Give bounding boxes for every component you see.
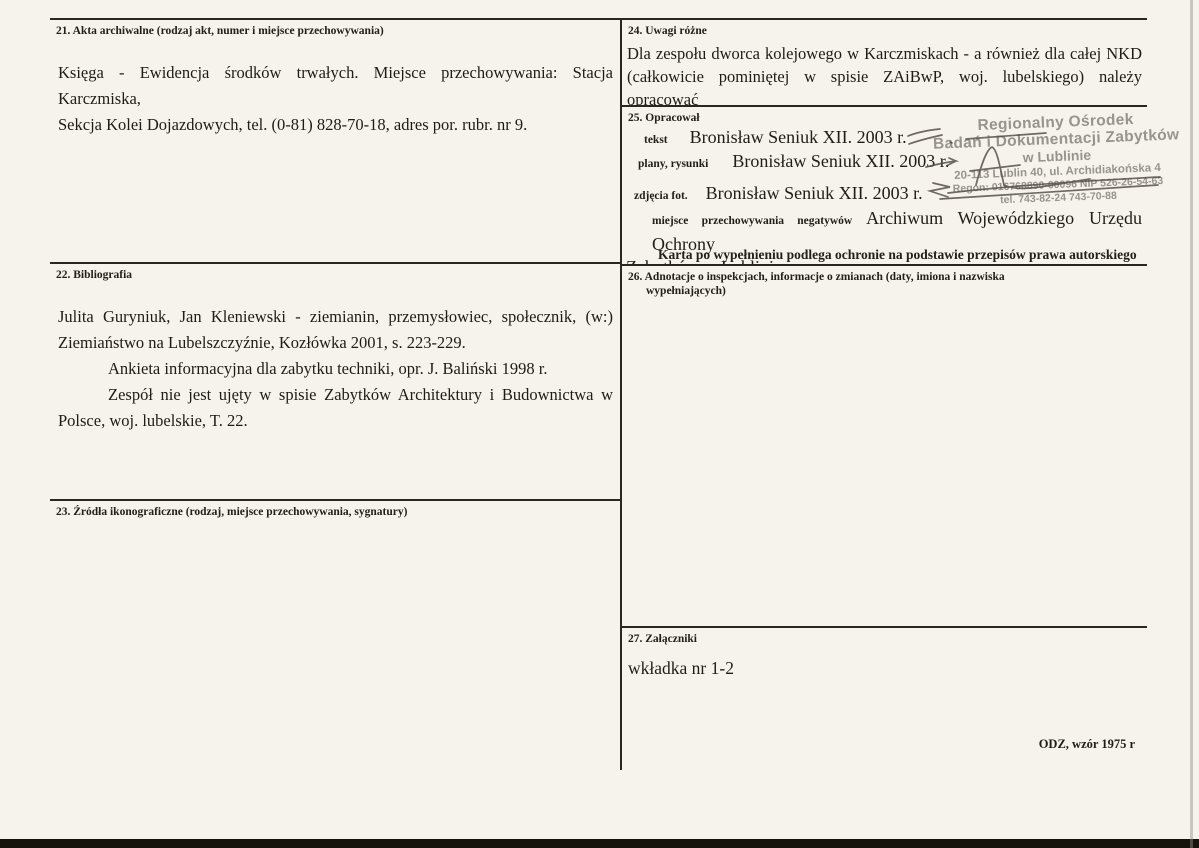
bibliography-line: Julita Guryniuk, Jan Kleniewski - ziemia… [50, 304, 620, 330]
section-25-header: 25. Opracował [622, 107, 1147, 125]
scan-bottom-edge [0, 839, 1199, 848]
section-23-header: 23. Źródła ikonograficzne (rodzaj, miejs… [50, 501, 620, 519]
author-row-value: Bronisław Seniuk XII. 2003 r. [732, 151, 949, 172]
author-row-text: tekst Bronisław Seniuk XII. 2003 r. [644, 127, 907, 148]
section-26-header-continued: wypełniających) [622, 284, 1147, 298]
attachment-note: wkładka nr 1-2 [622, 646, 1147, 679]
author-row-label: plany, rysunki [638, 158, 708, 170]
bibliography-line: Polsce, woj. lubelskie, T. 22. [50, 408, 620, 434]
section-24-body-line: (całkowicie pominiętej w spisie ZAiBwP, … [622, 65, 1147, 105]
section-27-header: 27. Załączniki [622, 628, 1147, 646]
copyright-note: Karta po wypełnieniu podlega ochronie na… [658, 247, 1143, 263]
author-row-plans: plany, rysunki Bronisław Seniuk XII. 200… [638, 151, 949, 172]
scanned-record-card: 21. Akta archiwalne (rodzaj akt, numer i… [0, 0, 1199, 848]
section-23-zrodla-ikonograficzne: 23. Źródła ikonograficzne (rodzaj, miejs… [50, 499, 620, 770]
paper-right-edge [1190, 0, 1193, 848]
section-24-uwagi-rozne: 24. Uwagi różne Dla zespołu dworca kolej… [622, 20, 1147, 105]
section-21-body-line: Sekcja Kolei Dojazdowych, tel. (0-81) 82… [50, 112, 620, 138]
author-row-value: Bronisław Seniuk XII. 2003 r. [706, 183, 923, 204]
form-code: ODZ, wzór 1975 r [1039, 737, 1135, 752]
section-24-body-line: Dla zespołu dworca kolejowego w Karczmis… [622, 42, 1147, 65]
section-26-adnotacje: 26. Adnotacje o inspekcjach, informacje … [622, 264, 1147, 626]
section-22-bibliografia: 22. Bibliografia Julita Guryniuk, Jan Kl… [50, 262, 620, 499]
bibliography-line: Ziemiaństwo na Lubelszczyźnie, Kozłówka … [50, 330, 620, 356]
section-21-header: 21. Akta archiwalne (rodzaj akt, numer i… [50, 20, 620, 38]
author-row-label: zdjęcia fot. [634, 190, 688, 202]
bibliography-line: Zespół nie jest ujęty w spisie Zabytków … [50, 382, 620, 408]
right-column: 24. Uwagi różne Dla zespołu dworca kolej… [620, 18, 1147, 770]
left-column: 21. Akta archiwalne (rodzaj akt, numer i… [50, 18, 620, 770]
author-row-label: tekst [644, 134, 668, 146]
section-27-zalaczniki: 27. Załączniki wkładka nr 1-2 ODZ, wzór … [622, 626, 1147, 770]
bibliography-line: Ankieta informacyjna dla zabytku technik… [50, 356, 620, 382]
section-21-body-line: Księga - Ewidencja środków trwałych. Mie… [50, 60, 620, 112]
author-row-value: Bronisław Seniuk XII. 2003 r. [690, 127, 907, 148]
section-26-header: 26. Adnotacje o inspekcjach, informacje … [622, 266, 1147, 284]
section-24-header: 24. Uwagi różne [622, 20, 1147, 38]
negatives-label: miejsce przechowywania negatywów [652, 215, 852, 227]
section-22-header: 22. Bibliografia [50, 264, 620, 282]
author-row-photos: zdjęcia fot. Bronisław Seniuk XII. 2003 … [634, 183, 923, 204]
section-21-akta-archiwalne: 21. Akta archiwalne (rodzaj akt, numer i… [50, 20, 620, 262]
section-25-opracowal: 25. Opracował tekst Bronisław Seniuk XII… [622, 105, 1147, 264]
